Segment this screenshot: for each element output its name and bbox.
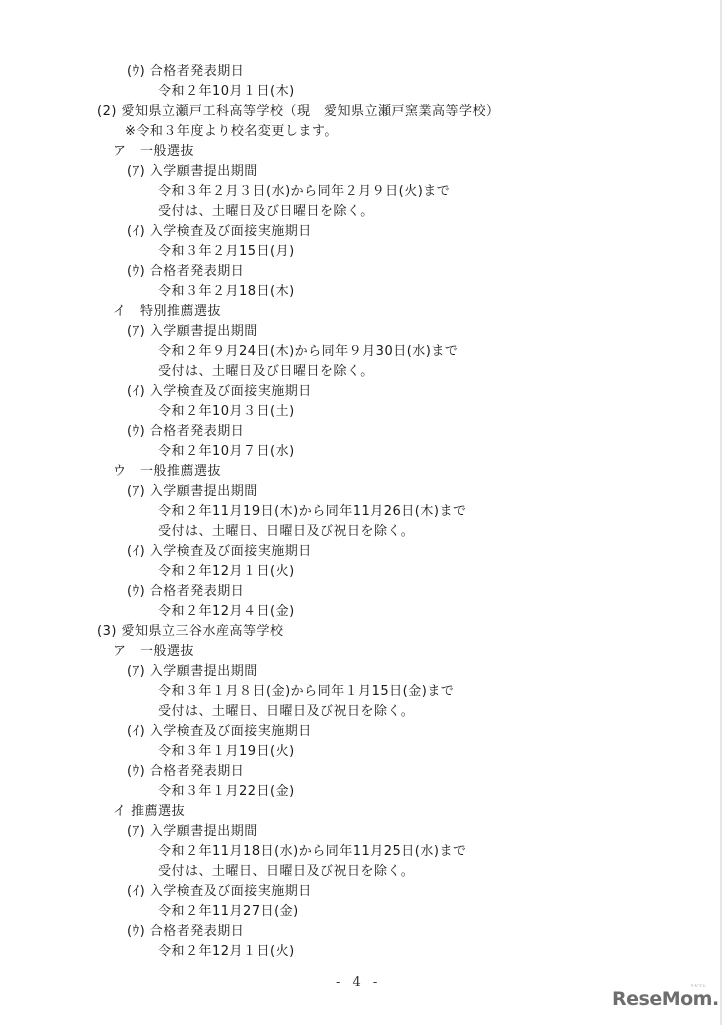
text-line: 令和２年11月27日(金) <box>158 902 299 922</box>
text-line: ア 一般選抜 <box>113 642 194 662</box>
text-line: 受付は、土曜日、日曜日及び祝日を除く。 <box>158 862 414 882</box>
text-line: (ｱ) 入学願書提出期間 <box>127 482 258 502</box>
text-line: (ｳ) 合格者発表期日 <box>127 62 244 82</box>
text-line: 令和２年11月19日(木)から同年11月26日(木)まで <box>158 502 466 522</box>
text-line: 令和３年１月８日(金)から同年１月15日(金)まで <box>158 682 454 702</box>
text-line: 令和２年10月７日(水) <box>158 442 295 462</box>
text-line: 令和３年２月15日(月) <box>158 242 295 262</box>
text-line: 受付は、土曜日、日曜日及び祝日を除く。 <box>158 522 414 542</box>
text-line: 令和３年２月３日(水)から同年２月９日(火)まで <box>158 182 450 202</box>
text-line: (ｳ) 合格者発表期日 <box>127 922 244 942</box>
text-line: 令和３年１月22日(金) <box>158 782 295 802</box>
text-line: (ｲ) 入学検査及び面接実施期日 <box>127 542 312 562</box>
text-line: (ｲ) 入学検査及び面接実施期日 <box>127 382 312 402</box>
text-line: イ 推薦選抜 <box>113 802 185 822</box>
text-line: 受付は、土曜日、日曜日及び祝日を除く。 <box>158 702 414 722</box>
text-line: (ｱ) 入学願書提出期間 <box>127 662 258 682</box>
page-border <box>720 0 722 1025</box>
text-line: イ 特別推薦選抜 <box>113 302 221 322</box>
text-line: 受付は、土曜日及び日曜日を除く。 <box>158 362 374 382</box>
text-line: 令和２年12月４日(金) <box>158 602 295 622</box>
text-line: (ｲ) 入学検査及び面接実施期日 <box>127 222 312 242</box>
text-line: 受付は、土曜日及び日曜日を除く。 <box>158 202 374 222</box>
text-line: ア 一般選抜 <box>113 142 194 162</box>
text-line: 令和３年１月19日(火) <box>158 742 295 762</box>
text-line: (ｱ) 入学願書提出期間 <box>127 822 258 842</box>
text-line: (ｳ) 合格者発表期日 <box>127 582 244 602</box>
text-line: ウ 一般推薦選抜 <box>113 462 221 482</box>
text-line: 令和２年11月18日(水)から同年11月25日(水)まで <box>158 842 466 862</box>
page-number: - 4 - <box>336 975 381 990</box>
text-line: 令和２年12月１日(火) <box>158 942 295 962</box>
resemom-logo: ReseMom. <box>612 988 719 1010</box>
text-line: (ｱ) 入学願書提出期間 <box>127 162 258 182</box>
text-line: 令和３年２月18日(木) <box>158 282 295 302</box>
text-line: (ｳ) 合格者発表期日 <box>127 762 244 782</box>
text-line: ※令和３年度より校名変更します。 <box>125 122 338 142</box>
text-line: 令和２年10月３日(土) <box>158 402 295 422</box>
text-line: (2) 愛知県立瀬戸工科高等学校（現 愛知県立瀬戸窯業高等学校） <box>97 102 500 122</box>
text-line: (ｲ) 入学検査及び面接実施期日 <box>127 882 312 902</box>
text-line: (ｱ) 入学願書提出期間 <box>127 322 258 342</box>
text-line: (ｳ) 合格者発表期日 <box>127 262 244 282</box>
text-line: (ｳ) 合格者発表期日 <box>127 422 244 442</box>
text-line: 令和２年12月１日(火) <box>158 562 295 582</box>
text-line: 令和２年10月１日(木) <box>158 82 295 102</box>
text-line: (ｲ) 入学検査及び面接実施期日 <box>127 722 312 742</box>
text-line: (3) 愛知県立三谷水産高等学校 <box>97 622 284 642</box>
text-line: 令和２年９月24日(木)から同年９月30日(水)まで <box>158 342 458 362</box>
